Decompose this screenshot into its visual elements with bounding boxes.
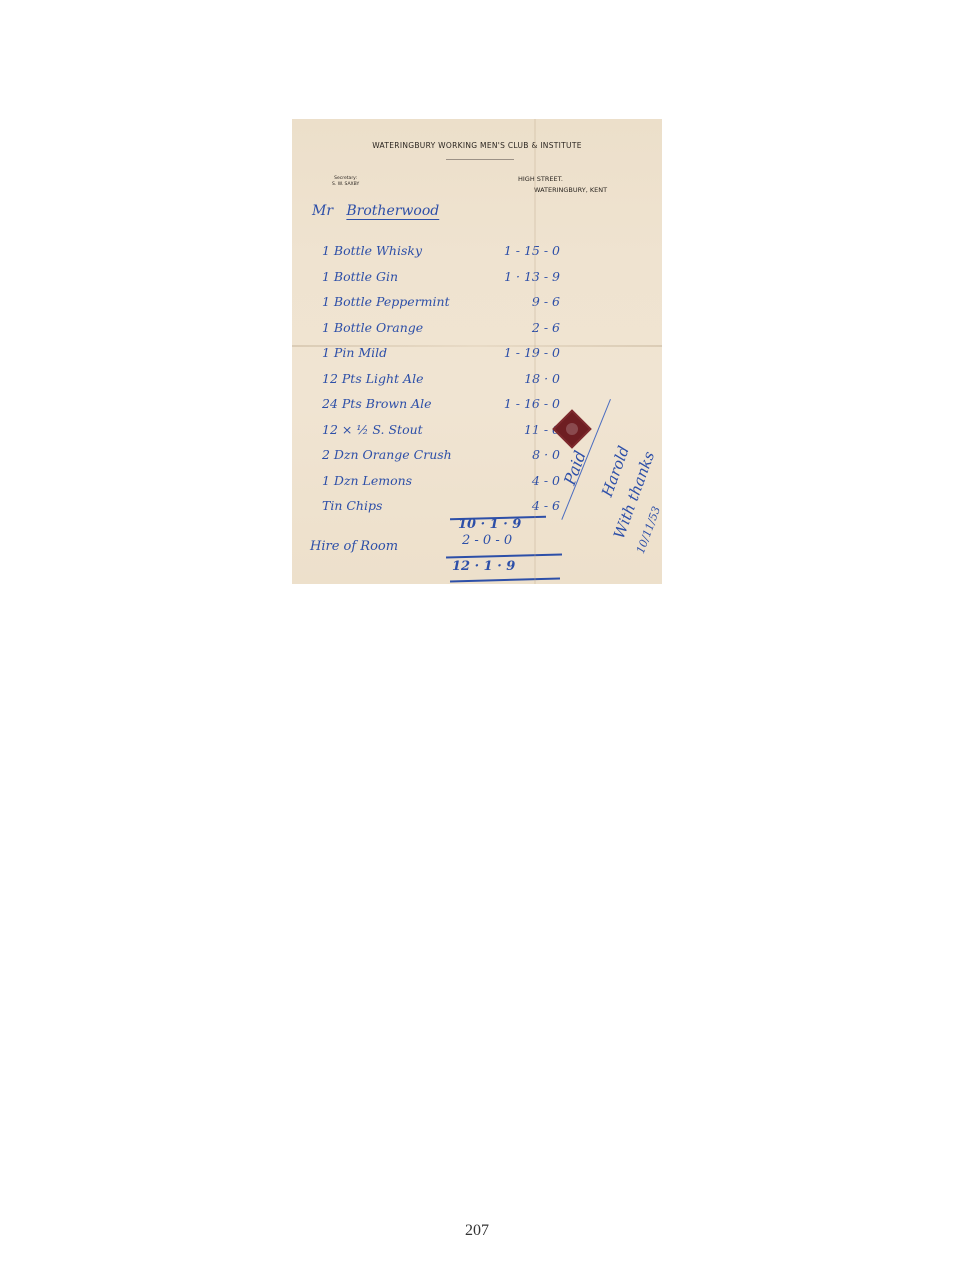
address-line-2: WATERINGBURY, KENT bbox=[518, 185, 607, 196]
receipt-photo: WATERINGBURY WORKING MEN'S CLUB & INSTIT… bbox=[292, 119, 662, 584]
paid-note: Paid bbox=[560, 448, 590, 487]
line-item-description: 12 × ½ S. Stout bbox=[322, 422, 423, 437]
signature-date: 10/11/53 bbox=[634, 505, 662, 556]
subtotal-amount: 10 · 1 · 9 bbox=[458, 517, 521, 532]
line-item-amount: 9 - 6 bbox=[532, 294, 560, 309]
line-item-description: Tin Chips bbox=[322, 498, 382, 513]
secretary-name: S. W. SAXBY bbox=[332, 182, 359, 188]
line-item-description: 1 Bottle Orange bbox=[322, 320, 423, 335]
line-item-amount: 4 - 0 bbox=[532, 473, 560, 488]
line-item-amount: 1 - 15 - 0 bbox=[504, 243, 560, 258]
line-item: 1 Bottle Whisky1 - 15 - 0 bbox=[322, 243, 552, 269]
line-item-amount: 1 - 19 - 0 bbox=[504, 345, 560, 360]
line-item-amount: 1 · 13 - 9 bbox=[504, 269, 560, 284]
line-item: 12 × ½ S. Stout11 - 6 bbox=[322, 422, 552, 448]
line-item-description: 1 Bottle Gin bbox=[322, 269, 398, 284]
line-item: 1 Bottle Peppermint9 - 6 bbox=[322, 294, 552, 320]
letterhead-secretary: Secretary: S. W. SAXBY bbox=[332, 176, 359, 188]
line-item-description: 12 Pts Light Ale bbox=[322, 371, 423, 386]
letterhead-title: WATERINGBURY WORKING MEN'S CLUB & INSTIT… bbox=[292, 141, 662, 150]
addressee-name: Brotherwood bbox=[346, 203, 439, 219]
line-item-description: 1 Pin Mild bbox=[322, 345, 387, 360]
hire-amount: 2 - 0 - 0 bbox=[462, 533, 512, 548]
letterhead-address: HIGH STREET. WATERINGBURY, KENT bbox=[518, 174, 607, 196]
line-item-description: 1 Bottle Peppermint bbox=[322, 294, 450, 309]
hire-label: Hire of Room bbox=[310, 539, 398, 554]
line-item: 1 Dzn Lemons4 - 0 bbox=[322, 473, 552, 499]
addressee-prefix: Mr bbox=[312, 203, 333, 219]
line-item-amount: 1 - 16 - 0 bbox=[504, 396, 560, 411]
address-line-1: HIGH STREET. bbox=[518, 174, 607, 185]
total-rule bbox=[446, 553, 562, 558]
line-item: 1 Bottle Gin1 · 13 - 9 bbox=[322, 269, 552, 295]
line-item-amount: 2 - 6 bbox=[532, 320, 560, 335]
letterhead-rule bbox=[446, 159, 514, 160]
page-number: 207 bbox=[0, 1222, 954, 1240]
line-item-amount: 8 · 0 bbox=[532, 447, 560, 462]
line-item: 1 Pin Mild1 - 19 - 0 bbox=[322, 345, 552, 371]
line-item: 2 Dzn Orange Crush8 · 0 bbox=[322, 447, 552, 473]
line-item-amount: 18 · 0 bbox=[524, 371, 560, 386]
postage-stamp bbox=[552, 409, 592, 449]
line-item: 24 Pts Brown Ale1 - 16 - 0 bbox=[322, 396, 552, 422]
line-item: 1 Bottle Orange2 - 6 bbox=[322, 320, 552, 346]
line-item-description: 24 Pts Brown Ale bbox=[322, 396, 432, 411]
addressee: Mr Brotherwood bbox=[312, 203, 439, 219]
total-underline bbox=[450, 578, 560, 582]
line-item-description: 1 Dzn Lemons bbox=[322, 473, 412, 488]
line-item-description: 2 Dzn Orange Crush bbox=[322, 447, 452, 462]
line-item: 12 Pts Light Ale18 · 0 bbox=[322, 371, 552, 397]
item-list: 1 Bottle Whisky1 - 15 - 01 Bottle Gin1 ·… bbox=[322, 243, 552, 524]
line-item-amount: 4 - 6 bbox=[532, 498, 560, 513]
grand-total: 12 · 1 · 9 bbox=[452, 559, 515, 574]
line-item-description: 1 Bottle Whisky bbox=[322, 243, 422, 258]
